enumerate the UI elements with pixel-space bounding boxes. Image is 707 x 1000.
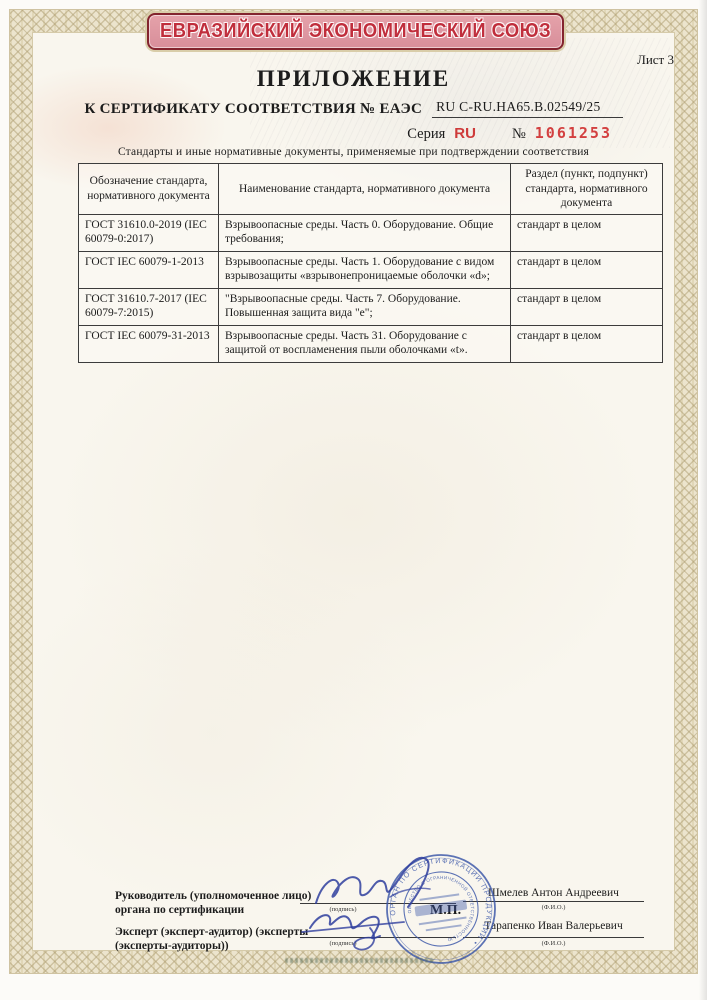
series-label: Серия	[407, 126, 445, 143]
expert-signature-scribble	[296, 902, 456, 954]
cell-section: стандарт в целом	[511, 288, 663, 325]
cell-name: "Взрывоопасные среды. Часть 7. Оборудова…	[219, 288, 511, 325]
cell-section: стандарт в целом	[511, 214, 663, 251]
cell-designation: ГОСТ 31610.7-2017 (IEC 60079-7:2015)	[79, 288, 219, 325]
header-name: Наименование стандарта, нормативного док…	[219, 164, 511, 215]
cell-name: Взрывоопасные среды. Часть 0. Оборудован…	[219, 214, 511, 251]
certificate-label: К СЕРТИФИКАТУ СООТВЕТСТВИЯ № ЕАЭС	[84, 101, 422, 118]
header-designation: Обозначение стандарта, нормативного доку…	[79, 164, 219, 215]
table-row: ГОСТ 31610.7-2017 (IEC 60079-7:2015) "Вз…	[79, 288, 663, 325]
cell-name: Взрывоопасные среды. Часть 31. Оборудова…	[219, 325, 511, 362]
cell-name: Взрывоопасные среды. Часть 1. Оборудован…	[219, 251, 511, 288]
head-role-label: Руководитель (уполномоченное лицо) орган…	[115, 889, 315, 917]
table-row: ГОСТ IEC 60079-1-2013 Взрывоопасные сред…	[79, 251, 663, 288]
cell-designation: ГОСТ 31610.0-2019 (IEC 60079-0:2017)	[79, 214, 219, 251]
eaeu-banner-text: ЕВРАЗИЙСКИЙ ЭКОНОМИЧЕСКИЙ СОЮЗ	[160, 20, 551, 43]
eaeu-banner: ЕВРАЗИЙСКИЙ ЭКОНОМИЧЕСКИЙ СОЮЗ	[147, 13, 564, 50]
no-sign: №	[512, 126, 526, 143]
table-row: ГОСТ IEC 60079-31-2013 Взрывоопасные сре…	[79, 325, 663, 362]
table-caption: Стандарты и иные нормативные документы, …	[0, 146, 707, 158]
scan-edge-shadow	[699, 0, 707, 1000]
certificate-number: RU C-RU.HA65.B.02549/25	[432, 99, 622, 118]
cell-section: стандарт в целом	[511, 251, 663, 288]
table-header-row: Обозначение стандарта, нормативного доку…	[79, 164, 663, 215]
microprint-strip	[285, 958, 433, 963]
blank-number: 1061253	[535, 124, 612, 142]
series-line: Серия RU № 1061253	[407, 124, 612, 143]
table-row: ГОСТ 31610.0-2019 (IEC 60079-0:2017) Взр…	[79, 214, 663, 251]
certificate-page: ЕВРАЗИЙСКИЙ ЭКОНОМИЧЕСКИЙ СОЮЗ Лист 3 ПР…	[0, 0, 707, 1000]
cell-designation: ГОСТ IEC 60079-31-2013	[79, 325, 219, 362]
series-value: RU	[454, 125, 476, 142]
page-title: ПРИЛОЖЕНИЕ	[0, 66, 707, 92]
cell-designation: ГОСТ IEC 60079-1-2013	[79, 251, 219, 288]
header-section: Раздел (пункт, подпункт) стандарта, норм…	[511, 164, 663, 215]
cell-section: стандарт в целом	[511, 325, 663, 362]
standards-table: Обозначение стандарта, нормативного доку…	[78, 163, 663, 363]
certificate-line: К СЕРТИФИКАТУ СООТВЕТСТВИЯ № ЕАЭС RU C-R…	[0, 99, 707, 118]
expert-role-label: Эксперт (эксперт-аудитор) (эксперты (экс…	[115, 925, 315, 953]
